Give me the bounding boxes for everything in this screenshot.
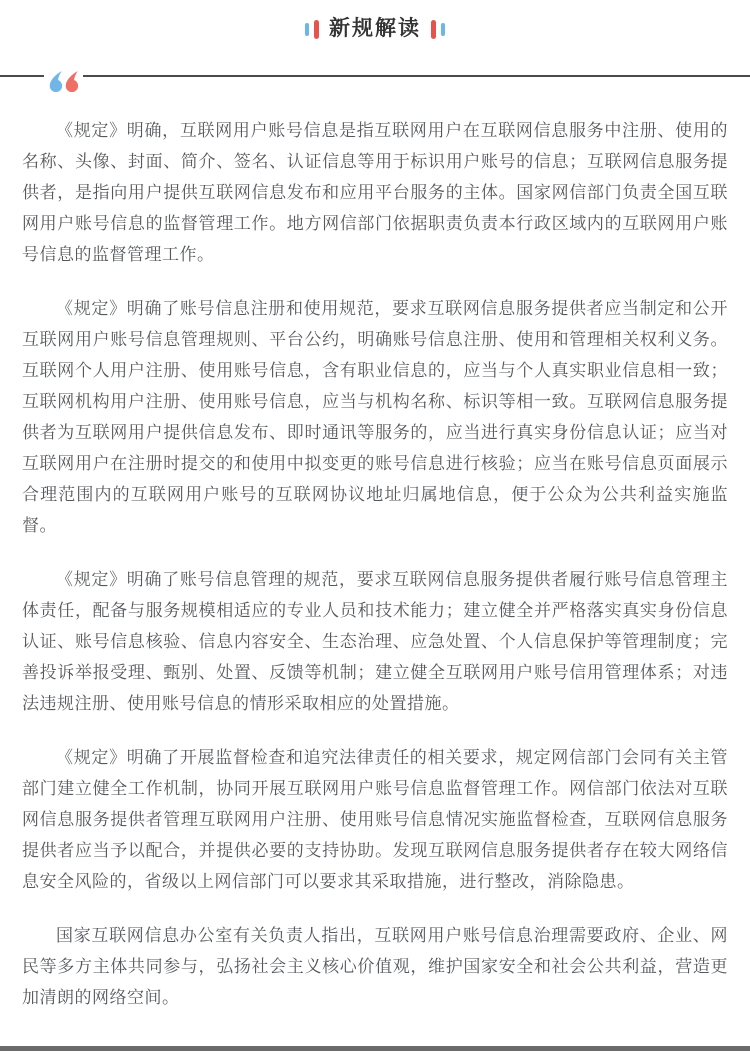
quote-mark-red-icon bbox=[64, 71, 79, 92]
quote-mark-blue-icon bbox=[48, 71, 63, 92]
article-paragraph: 《规定》明确了开展监督检查和追究法律责任的相关要求，规定网信部门会同有关主管部门… bbox=[22, 742, 728, 897]
open-quote-icon bbox=[48, 71, 79, 92]
article-page: 新规解读 《规定》明确，互联网用户账号信息是指互联网用户在互联网信息服务中注册、… bbox=[0, 0, 750, 1056]
page-header: 新规解读 bbox=[0, 0, 750, 43]
article-body: 《规定》明确，互联网用户账号信息是指互联网用户在互联网信息服务中注册、使用的名称… bbox=[0, 91, 750, 1013]
title-accent-bar-blue-left bbox=[305, 23, 309, 36]
article-paragraph: 《规定》明确了账号信息注册和使用规范，要求互联网信息服务提供者应当制定和公开互联… bbox=[22, 293, 728, 541]
article-paragraph: 《规定》明确了账号信息管理的规范，要求互联网信息服务提供者履行账号信息管理主体责… bbox=[22, 564, 728, 719]
article-paragraph: 《规定》明确，互联网用户账号信息是指互联网用户在互联网信息服务中注册、使用的名称… bbox=[22, 115, 728, 270]
quote-divider bbox=[0, 61, 750, 91]
divider-line-right bbox=[83, 75, 750, 77]
article-paragraph: 国家互联网信息办公室有关负责人指出，互联网用户账号信息治理需要政府、企业、网民等… bbox=[22, 920, 728, 1013]
page-title: 新规解读 bbox=[329, 15, 421, 43]
divider-line-left bbox=[0, 75, 44, 77]
title-accent-bar-red-right bbox=[431, 20, 436, 39]
title-accent-bar-blue-right bbox=[441, 23, 445, 36]
title-accent-bar-red-left bbox=[314, 20, 319, 39]
bottom-divider-bar bbox=[0, 1046, 750, 1051]
